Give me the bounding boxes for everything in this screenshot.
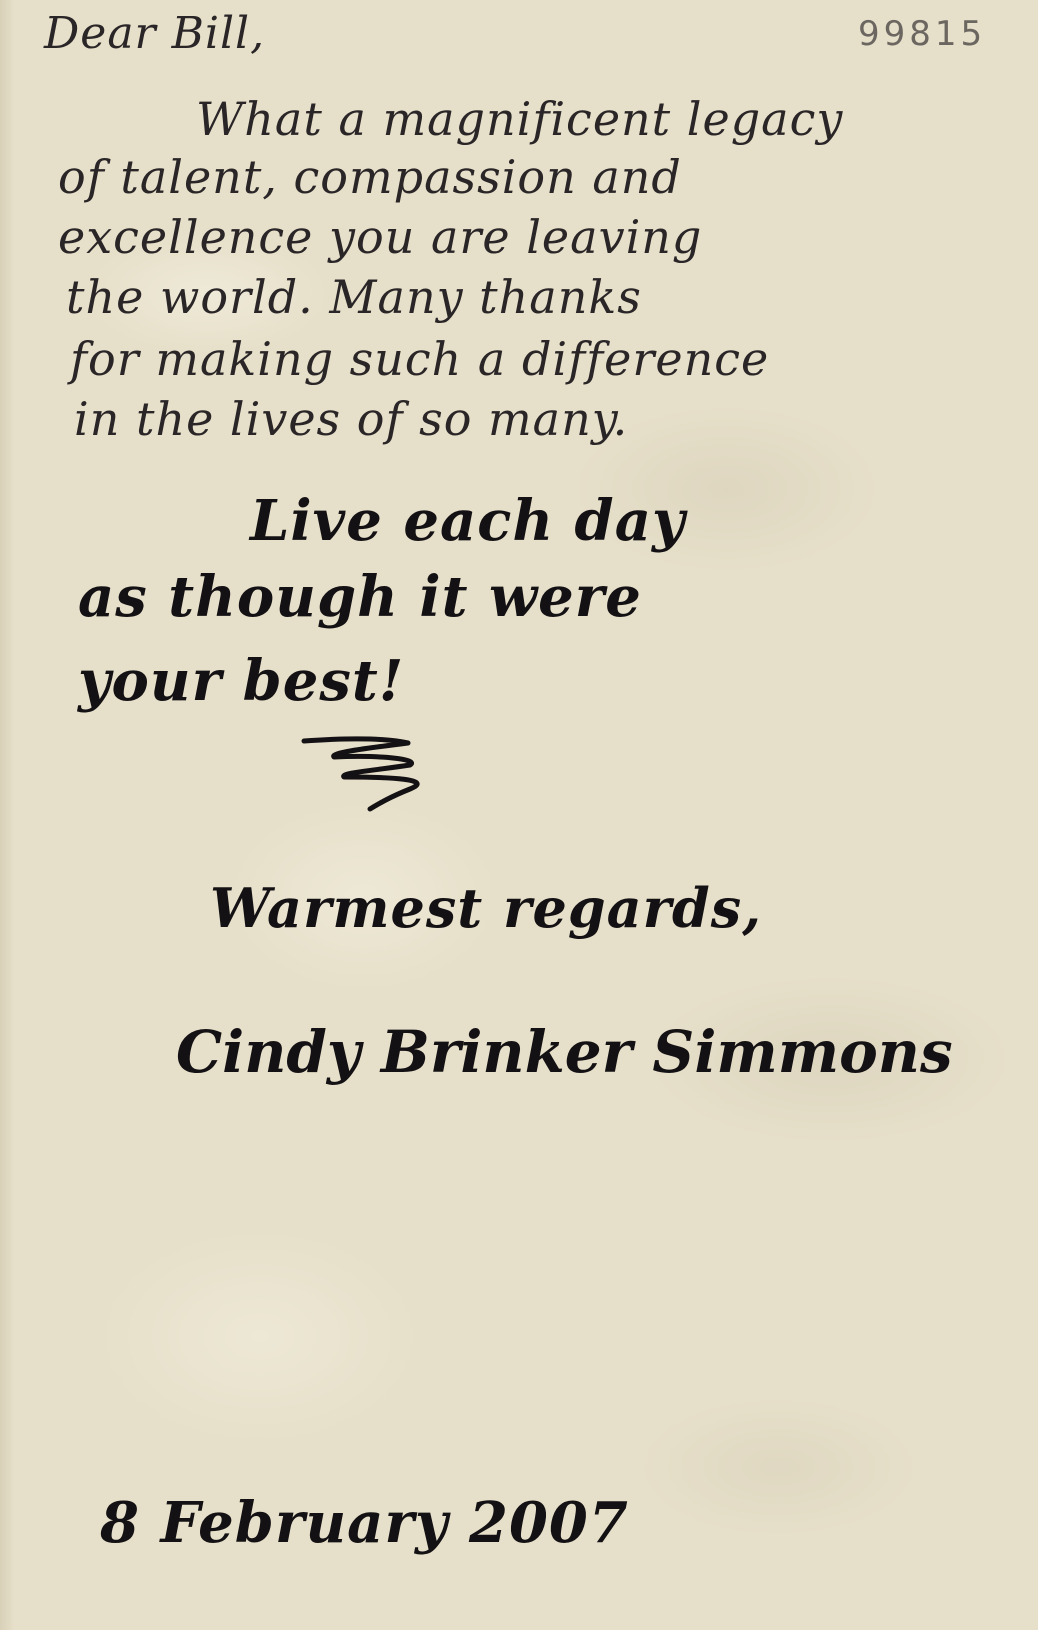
body-line-5: for making such a difference	[70, 332, 769, 386]
catalog-number: 99815	[858, 14, 986, 54]
motto-line-2: as though it were	[78, 564, 642, 630]
body-line-3: excellence you are leaving	[58, 210, 702, 264]
closing: Warmest regards,	[210, 876, 762, 940]
date: 8 February 2007	[100, 1490, 629, 1556]
body-line-2: of talent, compassion and	[58, 150, 682, 204]
signature: Cindy Brinker Simmons	[176, 1018, 953, 1086]
flourish-squiggle	[300, 735, 450, 815]
body-line-1: What a magnificent legacy	[196, 92, 843, 146]
salutation: Dear Bill,	[44, 8, 265, 59]
motto-line-1: Live each day	[250, 488, 686, 554]
body-line-4: the world. Many thanks	[66, 270, 642, 324]
body-line-6: in the lives of so many.	[74, 392, 628, 446]
inscription-page: 99815 Dear Bill, What a magnificent lega…	[0, 0, 1038, 1630]
motto-line-3: your best!	[78, 648, 404, 714]
